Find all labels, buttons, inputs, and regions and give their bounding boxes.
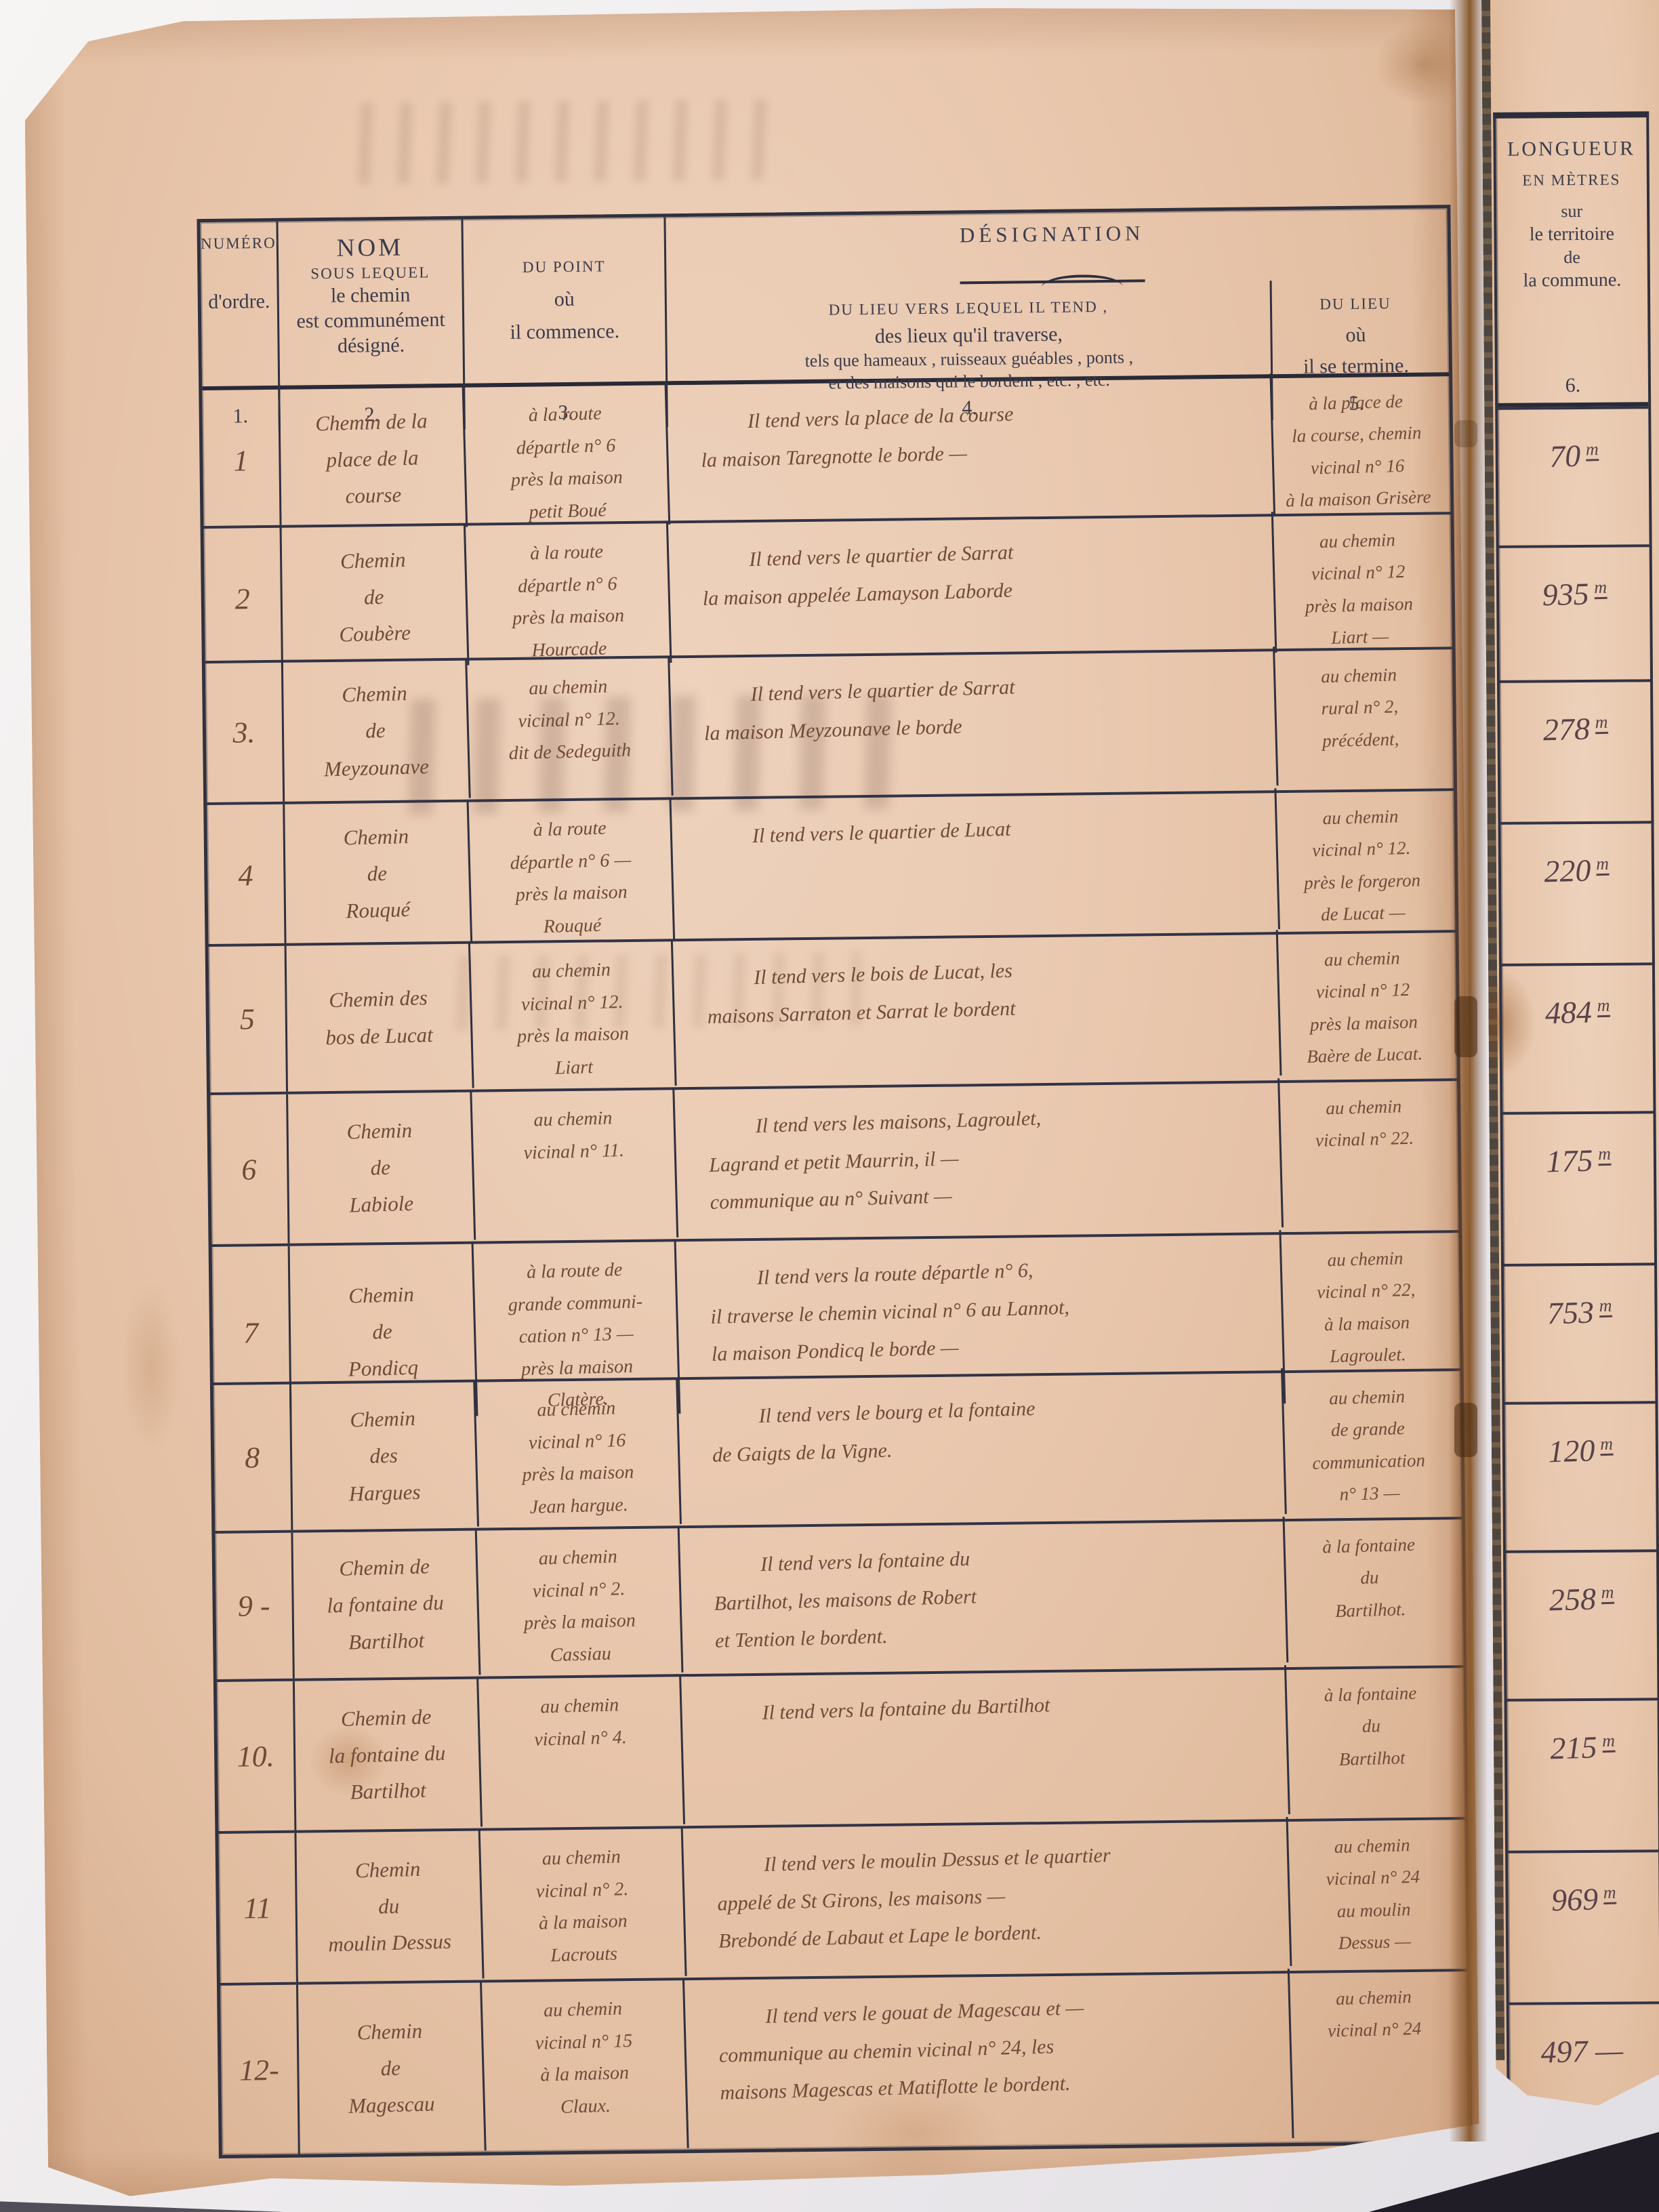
row-nom: Chemin de Coubère: [281, 525, 470, 671]
metre-unit: m: [1600, 1433, 1614, 1456]
table-rows: 1 Chemin de la place de la course à la r…: [202, 372, 1469, 2155]
row-nom: Chemin des bos de Lucat: [285, 943, 474, 1093]
row-du-lieu: au chemin rural n° 2, précédent,: [1275, 648, 1445, 792]
row-numero: 5: [209, 946, 288, 1092]
row-du-lieu: à la place de la course, chemin vicinal …: [1272, 375, 1443, 520]
header-text: où: [1303, 323, 1408, 348]
designation-title: DÉSIGNATION: [960, 221, 1145, 247]
metre-unit: m: [1601, 1582, 1614, 1604]
row-nom: Chemin de Labiole: [287, 1091, 476, 1245]
row-numero: 4: [207, 804, 286, 947]
table-row: 8 Chemin des Hargues au chemin vicinal n…: [213, 1368, 1462, 1531]
row-designation: Il tend vers le quartier de Sarrat la ma…: [668, 512, 1277, 669]
row-designation: Il tend vers les maisons, Lagroulet, Lag…: [674, 1078, 1284, 1244]
table-row: 4 Chemin de Rouqué à la route départle n…: [207, 788, 1455, 944]
row-numero: 8: [213, 1385, 293, 1531]
header-text: tels que hameaux , ruisseaux guéables , …: [804, 348, 1133, 371]
row-designation: Il tend vers la fontaine du Bartilhot: [681, 1665, 1290, 1830]
table-row: 11 Chemin du moulin Dessus au chemin vic…: [218, 1817, 1467, 1983]
designation-title-band: DÉSIGNATION: [960, 211, 1145, 284]
table-row: 3. Chemin de Meyzounave au chemin vicina…: [205, 647, 1454, 802]
row-du-lieu: au chemin vicinal n° 12 près la maison L…: [1273, 513, 1444, 659]
row-nom: Chemin de Magescau: [297, 1981, 487, 2155]
table-row: 1 Chemin de la place de la course à la r…: [202, 376, 1450, 526]
longueur-row: 220m: [1500, 821, 1652, 964]
row-numero: 10.: [217, 1681, 296, 1831]
row-designation: Il tend vers le quartier de Lucat: [672, 788, 1280, 945]
table-row: 6 Chemin de Labiole au chemin vicinal n°…: [210, 1078, 1458, 1244]
header-text: désigné.: [297, 333, 445, 358]
longueur-row: 278m: [1500, 679, 1651, 822]
table-row: 5 Chemin des bos de Lucat au chemin vici…: [209, 930, 1457, 1092]
metre-unit: m: [1595, 712, 1608, 734]
row-designation: Il tend vers le bois de Lucat, les maiso…: [673, 930, 1282, 1092]
row-du-point: à la route départle n° 6 près la maison …: [466, 522, 672, 668]
row-du-lieu: au chemin vicinal n° 24: [1290, 1970, 1461, 2144]
paper-stain: [119, 1278, 182, 1455]
binding-mark: [1454, 420, 1477, 447]
row-nom: Chemin des Hargues: [290, 1380, 479, 1531]
longueur-row: 753m: [1504, 1263, 1655, 1402]
header-text: le chemin: [296, 283, 445, 308]
row-numero: 11: [218, 1833, 298, 1983]
row-du-point: au chemin vicinal n° 15 à la maison Clau…: [482, 1979, 689, 2154]
row-numero: 6: [210, 1094, 289, 1244]
binding-mark: [1454, 996, 1477, 1057]
longueur-value: 220: [1544, 853, 1591, 888]
row-numero: 12-: [220, 1985, 300, 2155]
column-number: 6.: [1565, 374, 1581, 397]
longueur-value: 935: [1542, 576, 1589, 612]
header-text: d'ordre.: [201, 290, 277, 314]
header-text: il se termine.: [1303, 354, 1409, 379]
header-text: DU LIEU: [1303, 295, 1408, 314]
longueur-rows: 70m 935m 278m 220m: [1498, 402, 1659, 2174]
row-numero: 3.: [205, 663, 285, 802]
header-longueur: LONGUEUR EN MÈTRES sur le territoire de …: [1496, 117, 1648, 403]
header-text: NUMÉRO: [201, 234, 276, 253]
row-nom: Chemin de la fontaine du Bartilhot: [292, 1529, 481, 1679]
metre-unit: m: [1599, 1295, 1612, 1317]
row-numero: 2: [204, 528, 283, 670]
row-designation: Il tend vers la fontaine du Bartilhot, l…: [680, 1517, 1288, 1679]
header-text: le territoire: [1508, 223, 1636, 245]
row-du-point: à la route départle n° 6 près la maison …: [464, 384, 671, 530]
row-nom: Chemin de Meyzounave: [282, 659, 470, 803]
header-text: où: [510, 287, 619, 312]
table-row: 9 - Chemin de la fontaine du Bartilhot a…: [215, 1517, 1463, 1679]
row-du-lieu: à la fontaine du Bartilhot.: [1285, 1518, 1456, 1668]
row-numero: 9 -: [215, 1533, 294, 1679]
row-designation: Il tend vers le quartier de Sarrat la ma…: [670, 647, 1278, 802]
row-nom: Chemin de Rouqué: [284, 801, 473, 947]
row-du-lieu: au chemin de grande communication n° 13 …: [1283, 1370, 1454, 1520]
page-binding-fold: [1449, 0, 1487, 2142]
longueur-value: 753: [1547, 1294, 1594, 1330]
row-du-point: au chemin vicinal n° 2. près la maison C…: [477, 1527, 684, 1678]
row-du-point: au chemin vicinal n° 11.: [472, 1088, 678, 1243]
metre-unit: m: [1603, 1882, 1616, 1904]
table-row: 10. Chemin de la fontaine du Bartilhot a…: [217, 1665, 1465, 1831]
header-text: EN MÈTRES: [1507, 171, 1635, 189]
header-text: NOM: [295, 232, 445, 263]
longueur-value: 497 —: [1540, 2032, 1624, 2069]
row-designation: Il tend vers le moulin Dessus et le quar…: [683, 1817, 1292, 1982]
longueur-row: 175m: [1502, 1111, 1654, 1264]
header-text: LONGUEUR: [1507, 137, 1635, 161]
row-du-lieu: au chemin vicinal n° 22.: [1279, 1080, 1450, 1233]
brace-ornament: [1042, 274, 1123, 287]
longueur-column: LONGUEUR EN MÈTRES sur le territoire de …: [1493, 111, 1659, 2175]
row-nom: Chemin de la fontaine du Bartilhot: [293, 1677, 483, 1831]
binding-mark: [1454, 1403, 1477, 1457]
longueur-row: 969m: [1508, 1849, 1659, 2003]
longueur-row: 935m: [1499, 544, 1650, 680]
longueur-value: 969: [1551, 1881, 1598, 1917]
register-sheet-right: LONGUEUR EN MÈTRES sur le territoire de …: [1481, 0, 1659, 2121]
header-text: SOUS LEQUEL: [296, 264, 445, 283]
row-designation: Il tend vers la place de la course la ma…: [667, 373, 1275, 531]
table-row: 12- Chemin de Magescau au chemin vicinal…: [220, 1969, 1469, 2155]
row-du-point: au chemin vicinal n° 12. dit de Sedeguit…: [467, 657, 673, 801]
header-text: des lieux qu'il traverse,: [804, 323, 1133, 349]
metre-unit: m: [1597, 995, 1610, 1017]
row-du-lieu: au chemin vicinal n° 12 près la maison B…: [1278, 931, 1449, 1082]
longueur-value: 175: [1546, 1143, 1593, 1179]
row-du-lieu: au chemin vicinal n° 24 au moulin Dessus…: [1288, 1818, 1459, 1972]
row-designation: Il tend vers le gouat de Magescau et — c…: [684, 1969, 1294, 2154]
desk-edge-shadow: [0, 2194, 285, 2212]
longueur-value: 258: [1549, 1581, 1596, 1617]
longueur-row: 215m: [1507, 1698, 1659, 1851]
row-du-lieu: au chemin vicinal n° 12. près le forgero…: [1277, 790, 1448, 935]
roads-register-table: NUMÉRO d'ordre. 1. NOM SOUS LEQUEL le ch…: [197, 205, 1472, 2158]
table-row: 7 Chemin de Pondicq à la route de grande…: [212, 1230, 1460, 1382]
metre-unit: m: [1596, 853, 1610, 876]
row-du-point: à la route départle n° 6 — près la maiso…: [469, 798, 676, 945]
header-text: la commune.: [1508, 269, 1636, 291]
longueur-row: 120m: [1504, 1401, 1656, 1551]
longueur-row: 70m: [1498, 406, 1649, 546]
longueur-value: 120: [1548, 1433, 1595, 1469]
metre-unit: m: [1602, 1730, 1616, 1753]
header-text: DU POINT: [509, 258, 619, 276]
row-du-lieu: à la fontaine du Bartilhot: [1286, 1666, 1457, 1820]
row-du-point: au chemin vicinal n° 2. à la maison Lacr…: [480, 1827, 687, 1982]
longueur-row: 484m: [1502, 962, 1654, 1112]
header-text: sur: [1508, 201, 1636, 222]
row-du-point: au chemin vicinal n° 12. près la maison …: [470, 940, 677, 1091]
metre-unit: m: [1594, 577, 1607, 599]
longueur-row: 258m: [1506, 1549, 1658, 1699]
header-text: DU LIEU VERS LEQUEL IL TEND ,: [804, 298, 1133, 319]
row-du-point: au chemin vicinal n° 4.: [478, 1675, 685, 1830]
longueur-value: 70: [1549, 438, 1580, 474]
table-header: NUMÉRO d'ordre. 1. NOM SOUS LEQUEL le ch…: [200, 208, 1449, 386]
metre-unit: m: [1598, 1143, 1612, 1166]
row-nom: Chemin de la place de la course: [279, 386, 468, 533]
register-sheet-main: NUMÉRO d'ordre. 1. NOM SOUS LEQUEL le ch…: [24, 3, 1480, 2212]
metre-unit: [1629, 2034, 1629, 2055]
row-du-point: au chemin vicinal n° 16 près la maison J…: [475, 1378, 682, 1530]
table-row: 2 Chemin de Coubère à la route départle …: [204, 512, 1452, 661]
row-designation: Il tend vers le bourg et la fontaine de …: [678, 1368, 1286, 1530]
row-numero: 1: [202, 390, 281, 532]
longueur-value: 215: [1550, 1729, 1597, 1765]
longueur-value: 278: [1542, 711, 1590, 747]
header-text: il commence.: [510, 320, 619, 344]
header-text: est communément: [296, 308, 445, 333]
row-nom: Chemin du moulin Dessus: [295, 1829, 485, 1983]
photographed-register-page: { "table": { "header": { "col1": {"lines…: [0, 0, 1659, 2212]
metre-unit: m: [1585, 439, 1599, 462]
ink-bleedthrough-top: [343, 98, 791, 184]
header-text: de: [1508, 247, 1636, 268]
longueur-value: 484: [1544, 994, 1592, 1030]
